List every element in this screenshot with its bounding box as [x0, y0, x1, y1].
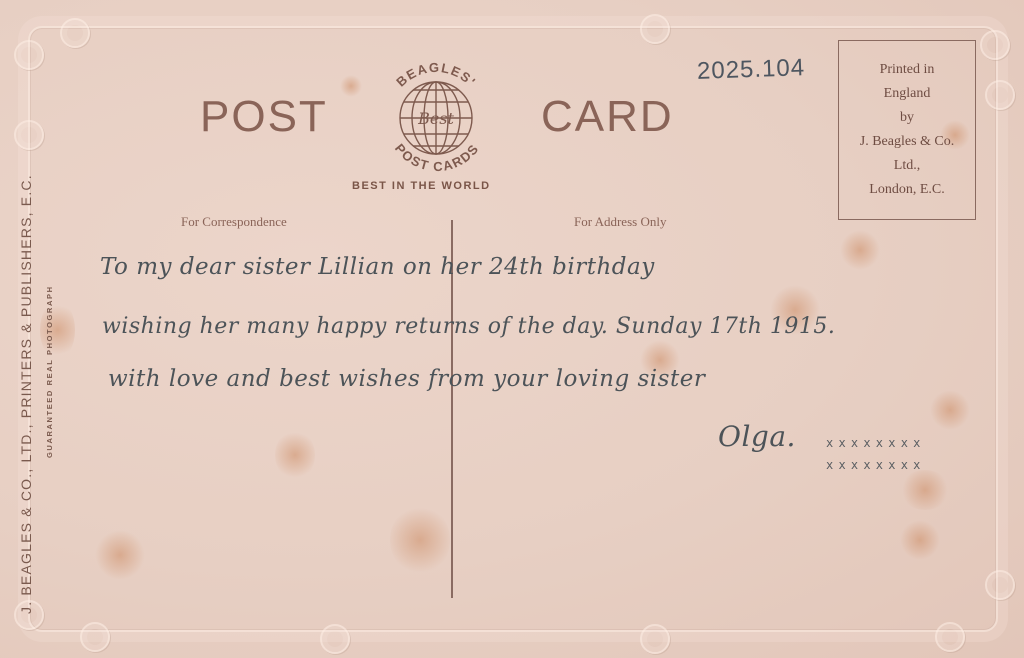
- stamp-box-line: Printed in: [880, 61, 935, 79]
- beagles-globe-logo: BEAGLES' POST CARDS Best: [376, 58, 496, 178]
- publisher-imprint: J. BEAGLES & CO., LTD., PRINTERS & PUBLI…: [18, 174, 34, 614]
- post-heading: POST: [200, 92, 328, 142]
- card-heading: CARD: [541, 92, 674, 142]
- rosette-ornament-icon: [935, 622, 965, 652]
- globe-icon: BEAGLES' POST CARDS Best: [376, 58, 496, 178]
- rosette-ornament-icon: [980, 30, 1010, 60]
- rosette-ornament-icon: [80, 622, 110, 652]
- stamp-box-line: by: [900, 109, 914, 127]
- postcard-back: POST CARD BEAGLES' POST C: [0, 0, 1024, 658]
- message-line: wishing her many happy returns of the da…: [102, 314, 835, 339]
- catalog-number: 2025.104: [697, 54, 806, 86]
- stamp-box-line: J. Beagles & Co.: [860, 133, 955, 151]
- rosette-ornament-icon: [14, 120, 44, 150]
- signature: Olga.: [718, 420, 796, 453]
- kisses-scribble: x x x x x x x x: [826, 458, 919, 472]
- rosette-ornament-icon: [14, 40, 44, 70]
- rosette-ornament-icon: [640, 14, 670, 44]
- photograph-guarantee: GUARANTEED REAL PHOTOGRAPH: [45, 285, 54, 458]
- stamp-box-line: London, E.C.: [869, 181, 944, 199]
- correspondence-label: For Correspondence: [181, 214, 287, 230]
- stamp-box-line: Ltd.,: [894, 157, 920, 175]
- svg-text:Best: Best: [417, 109, 454, 128]
- kisses-scribble: x x x x x x x x: [826, 436, 919, 450]
- stamp-box: Printed in England by J. Beagles & Co. L…: [838, 40, 976, 220]
- rosette-ornament-icon: [60, 18, 90, 48]
- rosette-ornament-icon: [985, 570, 1015, 600]
- address-label: For Address Only: [574, 214, 666, 230]
- message-line: To my dear sister Lillian on her 24th bi…: [100, 254, 655, 280]
- rosette-ornament-icon: [985, 80, 1015, 110]
- rosette-ornament-icon: [640, 624, 670, 654]
- message-line: with love and best wishes from your lovi…: [108, 366, 705, 392]
- stamp-box-line: England: [884, 85, 931, 103]
- tagline: BEST IN THE WORLD: [352, 180, 491, 192]
- rosette-ornament-icon: [320, 624, 350, 654]
